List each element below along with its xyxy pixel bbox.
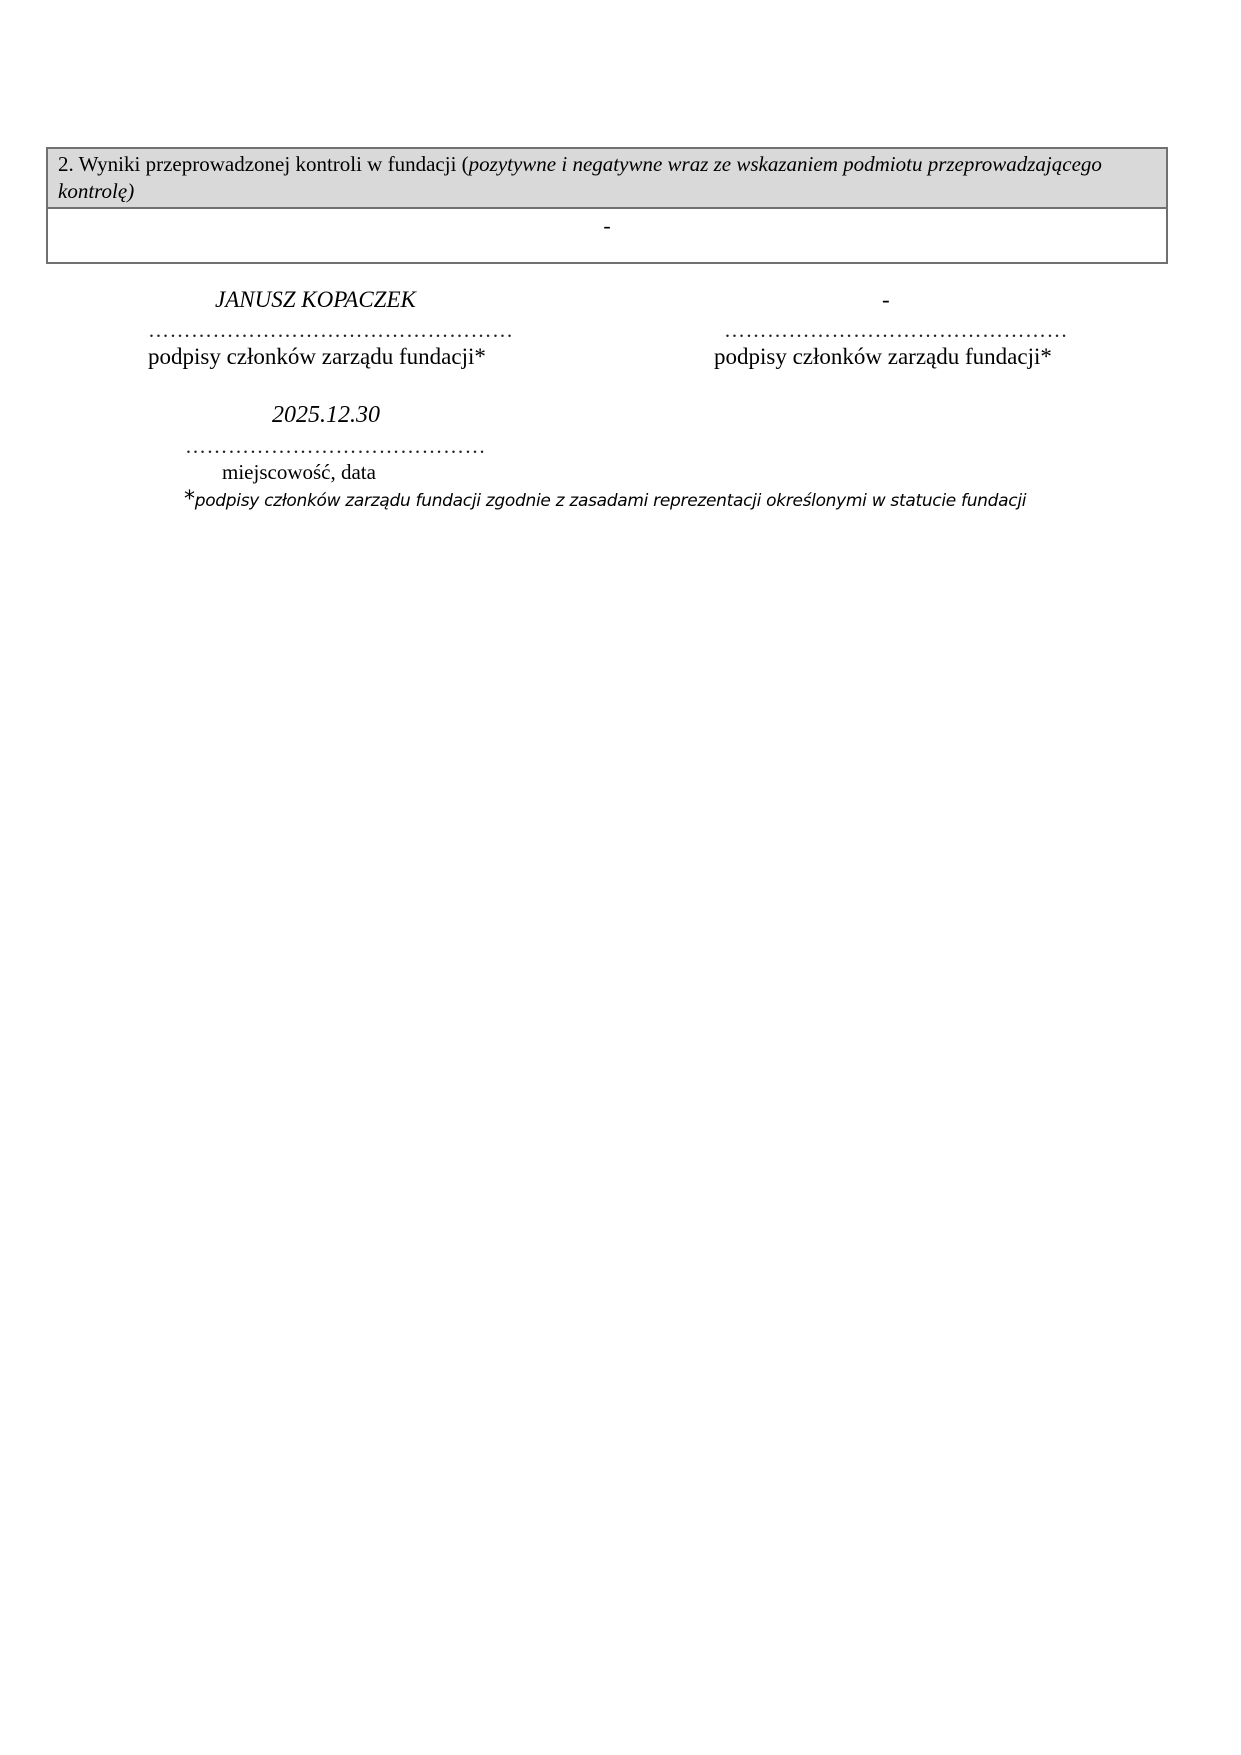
- left-signature-label: podpisy członków zarządu fundacji*: [148, 344, 486, 370]
- place-date-value: 2025.12.30: [272, 402, 380, 429]
- control-results-value: -: [48, 213, 1166, 239]
- right-signature-label: podpisy członków zarządu fundacji*: [714, 344, 1052, 370]
- right-signature-name: -: [882, 287, 890, 313]
- place-date-label: miejscowość, data: [222, 460, 376, 485]
- left-signature-dots: ……………………………………………: [148, 318, 514, 343]
- control-results-heading: 2. Wyniki przeprowadzonej kontroli w fun…: [48, 149, 1166, 209]
- footnote: *podpisy członków zarządu fundacji zgodn…: [184, 487, 1026, 512]
- footnote-text: podpisy członków zarządu fundacji zgodni…: [195, 491, 1026, 511]
- control-results-table: 2. Wyniki przeprowadzonej kontroli w fun…: [46, 147, 1168, 264]
- right-signature-dots: …………………………………………: [724, 318, 1068, 343]
- control-results-cell: -: [48, 209, 1166, 262]
- heading-text: 2. Wyniki przeprowadzonej kontroli w fun…: [58, 152, 469, 176]
- footnote-asterisk: *: [184, 487, 195, 512]
- place-date-dots: ……………………………………: [185, 434, 486, 459]
- left-signature-name: JANUSZ KOPACZEK: [215, 287, 416, 313]
